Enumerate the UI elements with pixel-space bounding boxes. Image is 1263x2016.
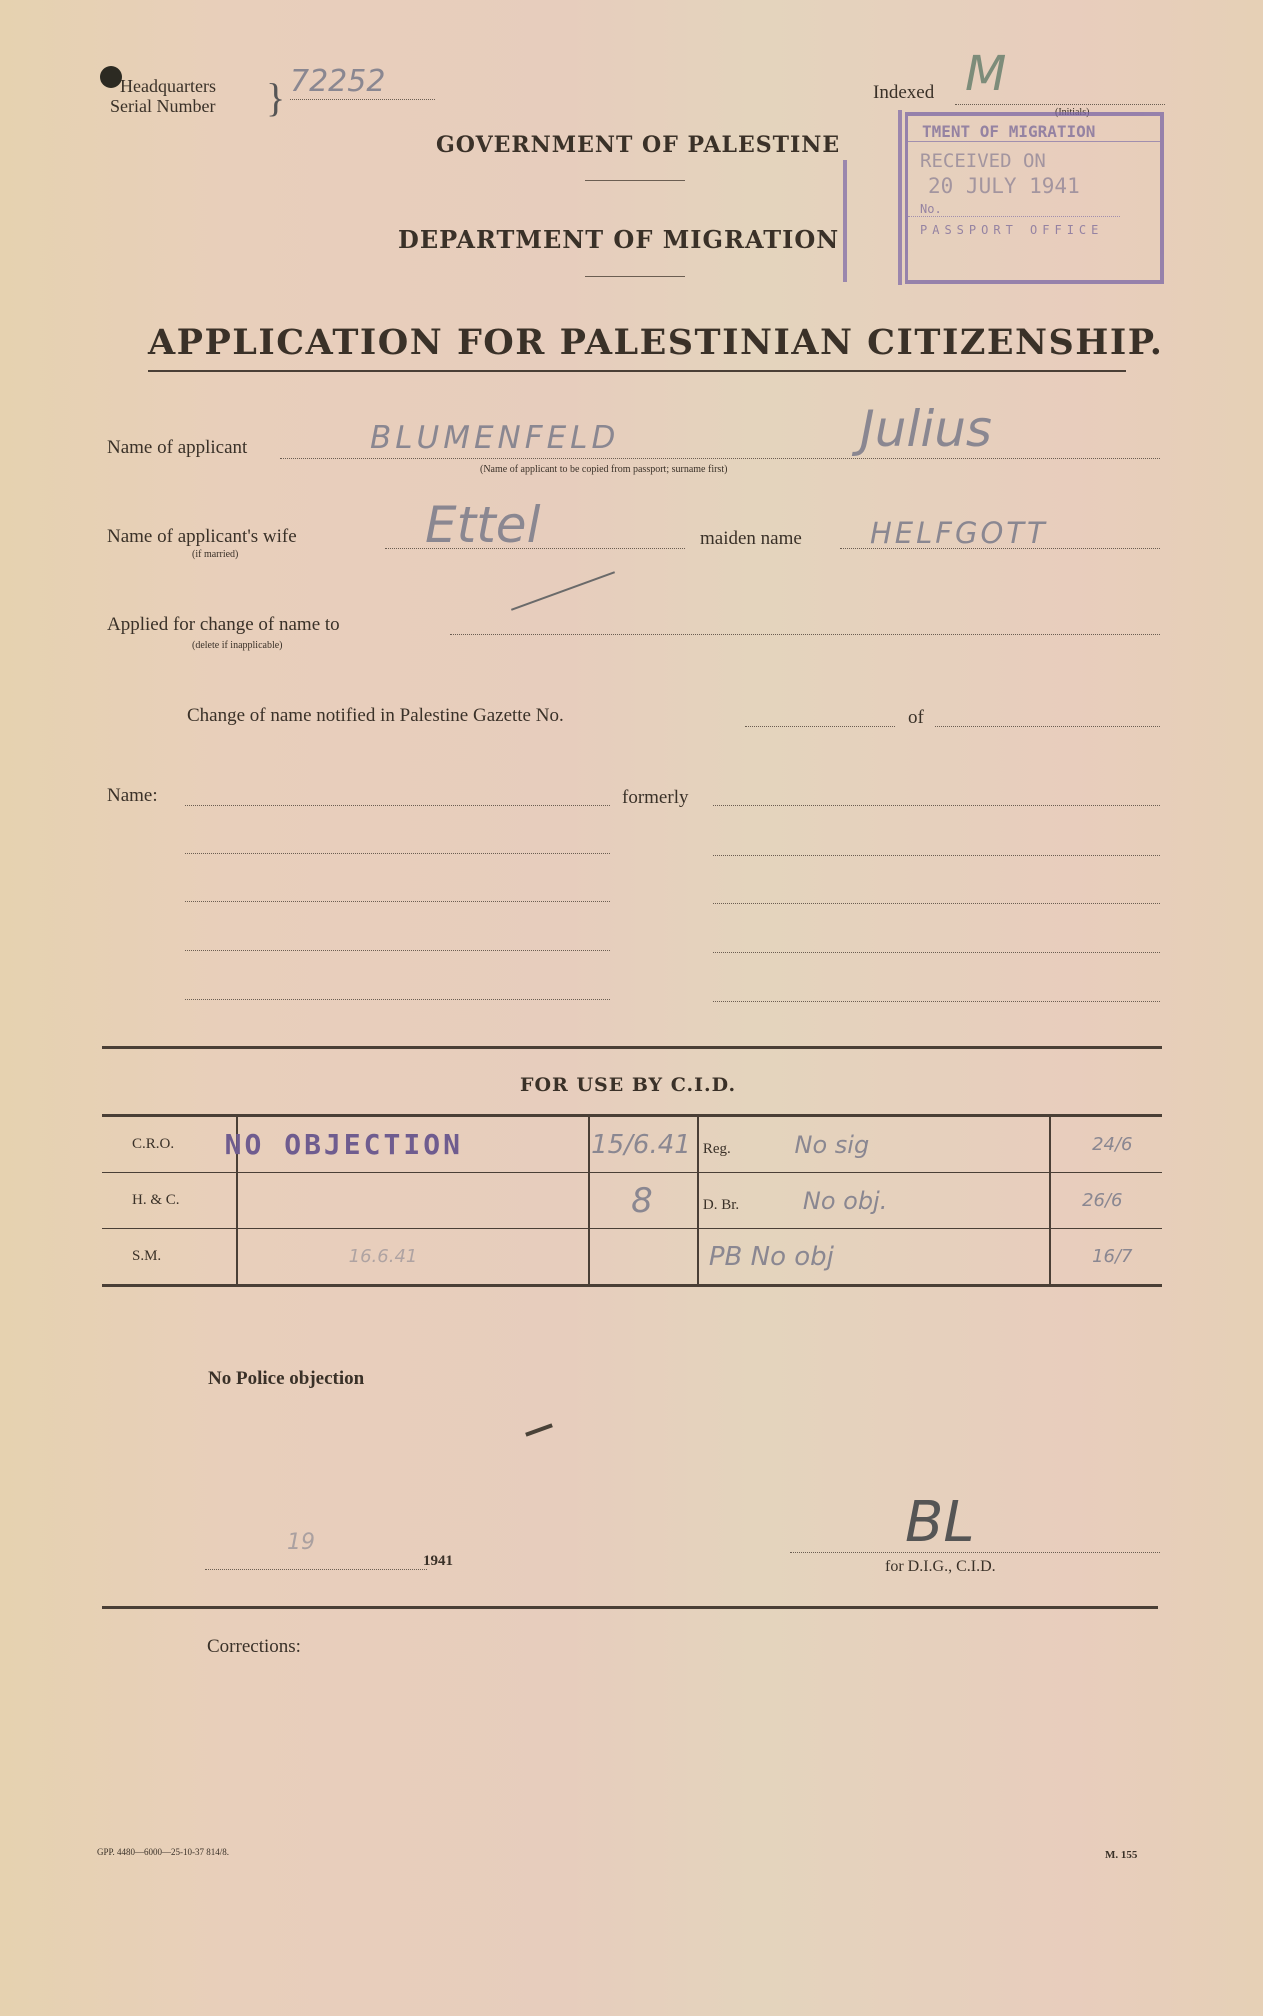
corrections-label: Corrections: — [207, 1636, 301, 1658]
change-name-hint: (delete if inapplicable) — [192, 640, 283, 651]
serial-number-field[interactable]: 72252 — [290, 64, 435, 100]
cid-entry[interactable] — [237, 1173, 589, 1229]
name-field-2[interactable] — [185, 853, 610, 854]
applicant-surname: BLUMENFELD — [370, 420, 619, 456]
stamp-left-bar — [843, 160, 847, 282]
serial-label: Headquarters Serial Number — [110, 76, 216, 116]
cid-right-cell[interactable]: Reg. No sig — [698, 1116, 1050, 1173]
cid-row-cro: C.R.O. NO OBJECTION 15/6.41 Reg. No sig … — [102, 1116, 1162, 1173]
name-field-4[interactable] — [185, 950, 610, 951]
cid-row-sm: S.M. 16.6.41 PB No obj 16/7 — [102, 1229, 1162, 1286]
change-name-label: Applied for change of name to — [107, 614, 340, 636]
cid-label: S.M. — [102, 1229, 237, 1286]
police-date-day: 19 — [287, 1530, 315, 1555]
form-number: M. 155 — [1105, 1849, 1137, 1861]
formerly-field-4[interactable] — [713, 952, 1160, 953]
police-date-year: 1941 — [423, 1553, 453, 1570]
divider — [585, 180, 685, 181]
maiden-name-label: maiden name — [700, 528, 802, 550]
signature-line[interactable] — [790, 1552, 1160, 1553]
dig-signature: BL — [905, 1490, 975, 1555]
cid-date[interactable] — [589, 1229, 698, 1286]
indexed-line — [955, 104, 1165, 105]
cid-right-cell[interactable]: D. Br. No obj. — [698, 1173, 1050, 1229]
formerly-label: formerly — [622, 787, 688, 809]
government-heading: GOVERNMENT OF PALESTINE — [436, 132, 840, 158]
dig-label: for D.I.G., C.I.D. — [885, 1558, 996, 1576]
name-field-3[interactable] — [185, 901, 610, 902]
police-objection-text: No Police objection — [208, 1368, 364, 1390]
page-title: APPLICATION FOR PALESTINIAN CITIZENSHIP. — [148, 322, 1163, 363]
cid-heading: FOR USE BY C.I.D. — [520, 1074, 736, 1096]
police-date-field[interactable] — [205, 1569, 427, 1570]
department-heading: DEPARTMENT OF MIGRATION — [398, 225, 839, 254]
wife-hint: (if married) — [192, 549, 238, 560]
cid-label: H. & C. — [102, 1173, 237, 1229]
cid-table: C.R.O. NO OBJECTION 15/6.41 Reg. No sig … — [102, 1114, 1162, 1287]
received-stamp: TMENT OF MIGRATION RECEIVED ON 20 JULY 1… — [905, 112, 1164, 284]
cid-initials[interactable]: 24/6 — [1050, 1116, 1162, 1173]
name-field-5[interactable] — [185, 999, 610, 1000]
pen-stroke — [511, 571, 615, 611]
indexed-label: Indexed — [873, 82, 934, 104]
change-name-field[interactable] — [450, 634, 1160, 635]
cid-row-hc: H. & C. 8 D. Br. No obj. 26/6 — [102, 1173, 1162, 1229]
applicant-name-hint: (Name of applicant to be copied from pas… — [480, 464, 727, 475]
formerly-field-5[interactable] — [713, 1001, 1160, 1002]
gazette-of-label: of — [908, 707, 924, 729]
formerly-field-1[interactable] — [713, 805, 1160, 806]
cid-entry[interactable]: NO OBJECTION — [237, 1116, 589, 1173]
print-reference: GPP. 4480—6000—25-10-37 814/8. — [97, 1847, 229, 1857]
section-divider — [102, 1046, 1162, 1049]
cid-initials[interactable]: 16/7 — [1050, 1229, 1162, 1286]
cid-entry[interactable]: 16.6.41 — [237, 1229, 589, 1286]
applicant-name-label: Name of applicant — [107, 437, 247, 459]
wife-name-label: Name of applicant's wife — [107, 526, 297, 548]
gazette-label: Change of name notified in Palestine Gaz… — [187, 705, 564, 727]
formerly-field-3[interactable] — [713, 903, 1160, 904]
name-label: Name: — [107, 785, 158, 807]
ink-mark — [525, 1423, 553, 1436]
gazette-number-field[interactable] — [745, 726, 895, 727]
cid-date[interactable]: 15/6.41 — [589, 1116, 698, 1173]
gazette-date-field[interactable] — [935, 726, 1160, 727]
cid-right-cell[interactable]: PB No obj — [698, 1229, 1050, 1286]
name-field-1[interactable] — [185, 805, 610, 806]
section-divider — [102, 1606, 1158, 1609]
wife-name: Ettel — [425, 496, 540, 554]
applicant-forename: Julius — [860, 400, 992, 458]
stamp-left-bar-2 — [898, 110, 902, 285]
title-underline — [148, 370, 1126, 372]
formerly-field-2[interactable] — [713, 855, 1160, 856]
indexed-initials[interactable]: M — [965, 46, 1006, 102]
applicant-name-field[interactable] — [280, 458, 1160, 459]
divider — [585, 276, 685, 277]
cid-label: C.R.O. — [102, 1116, 237, 1173]
brace: } — [266, 74, 285, 121]
cid-initials[interactable]: 26/6 — [1050, 1173, 1162, 1229]
cid-date[interactable]: 8 — [589, 1173, 698, 1229]
maiden-name: HELFGOTT — [870, 516, 1048, 550]
